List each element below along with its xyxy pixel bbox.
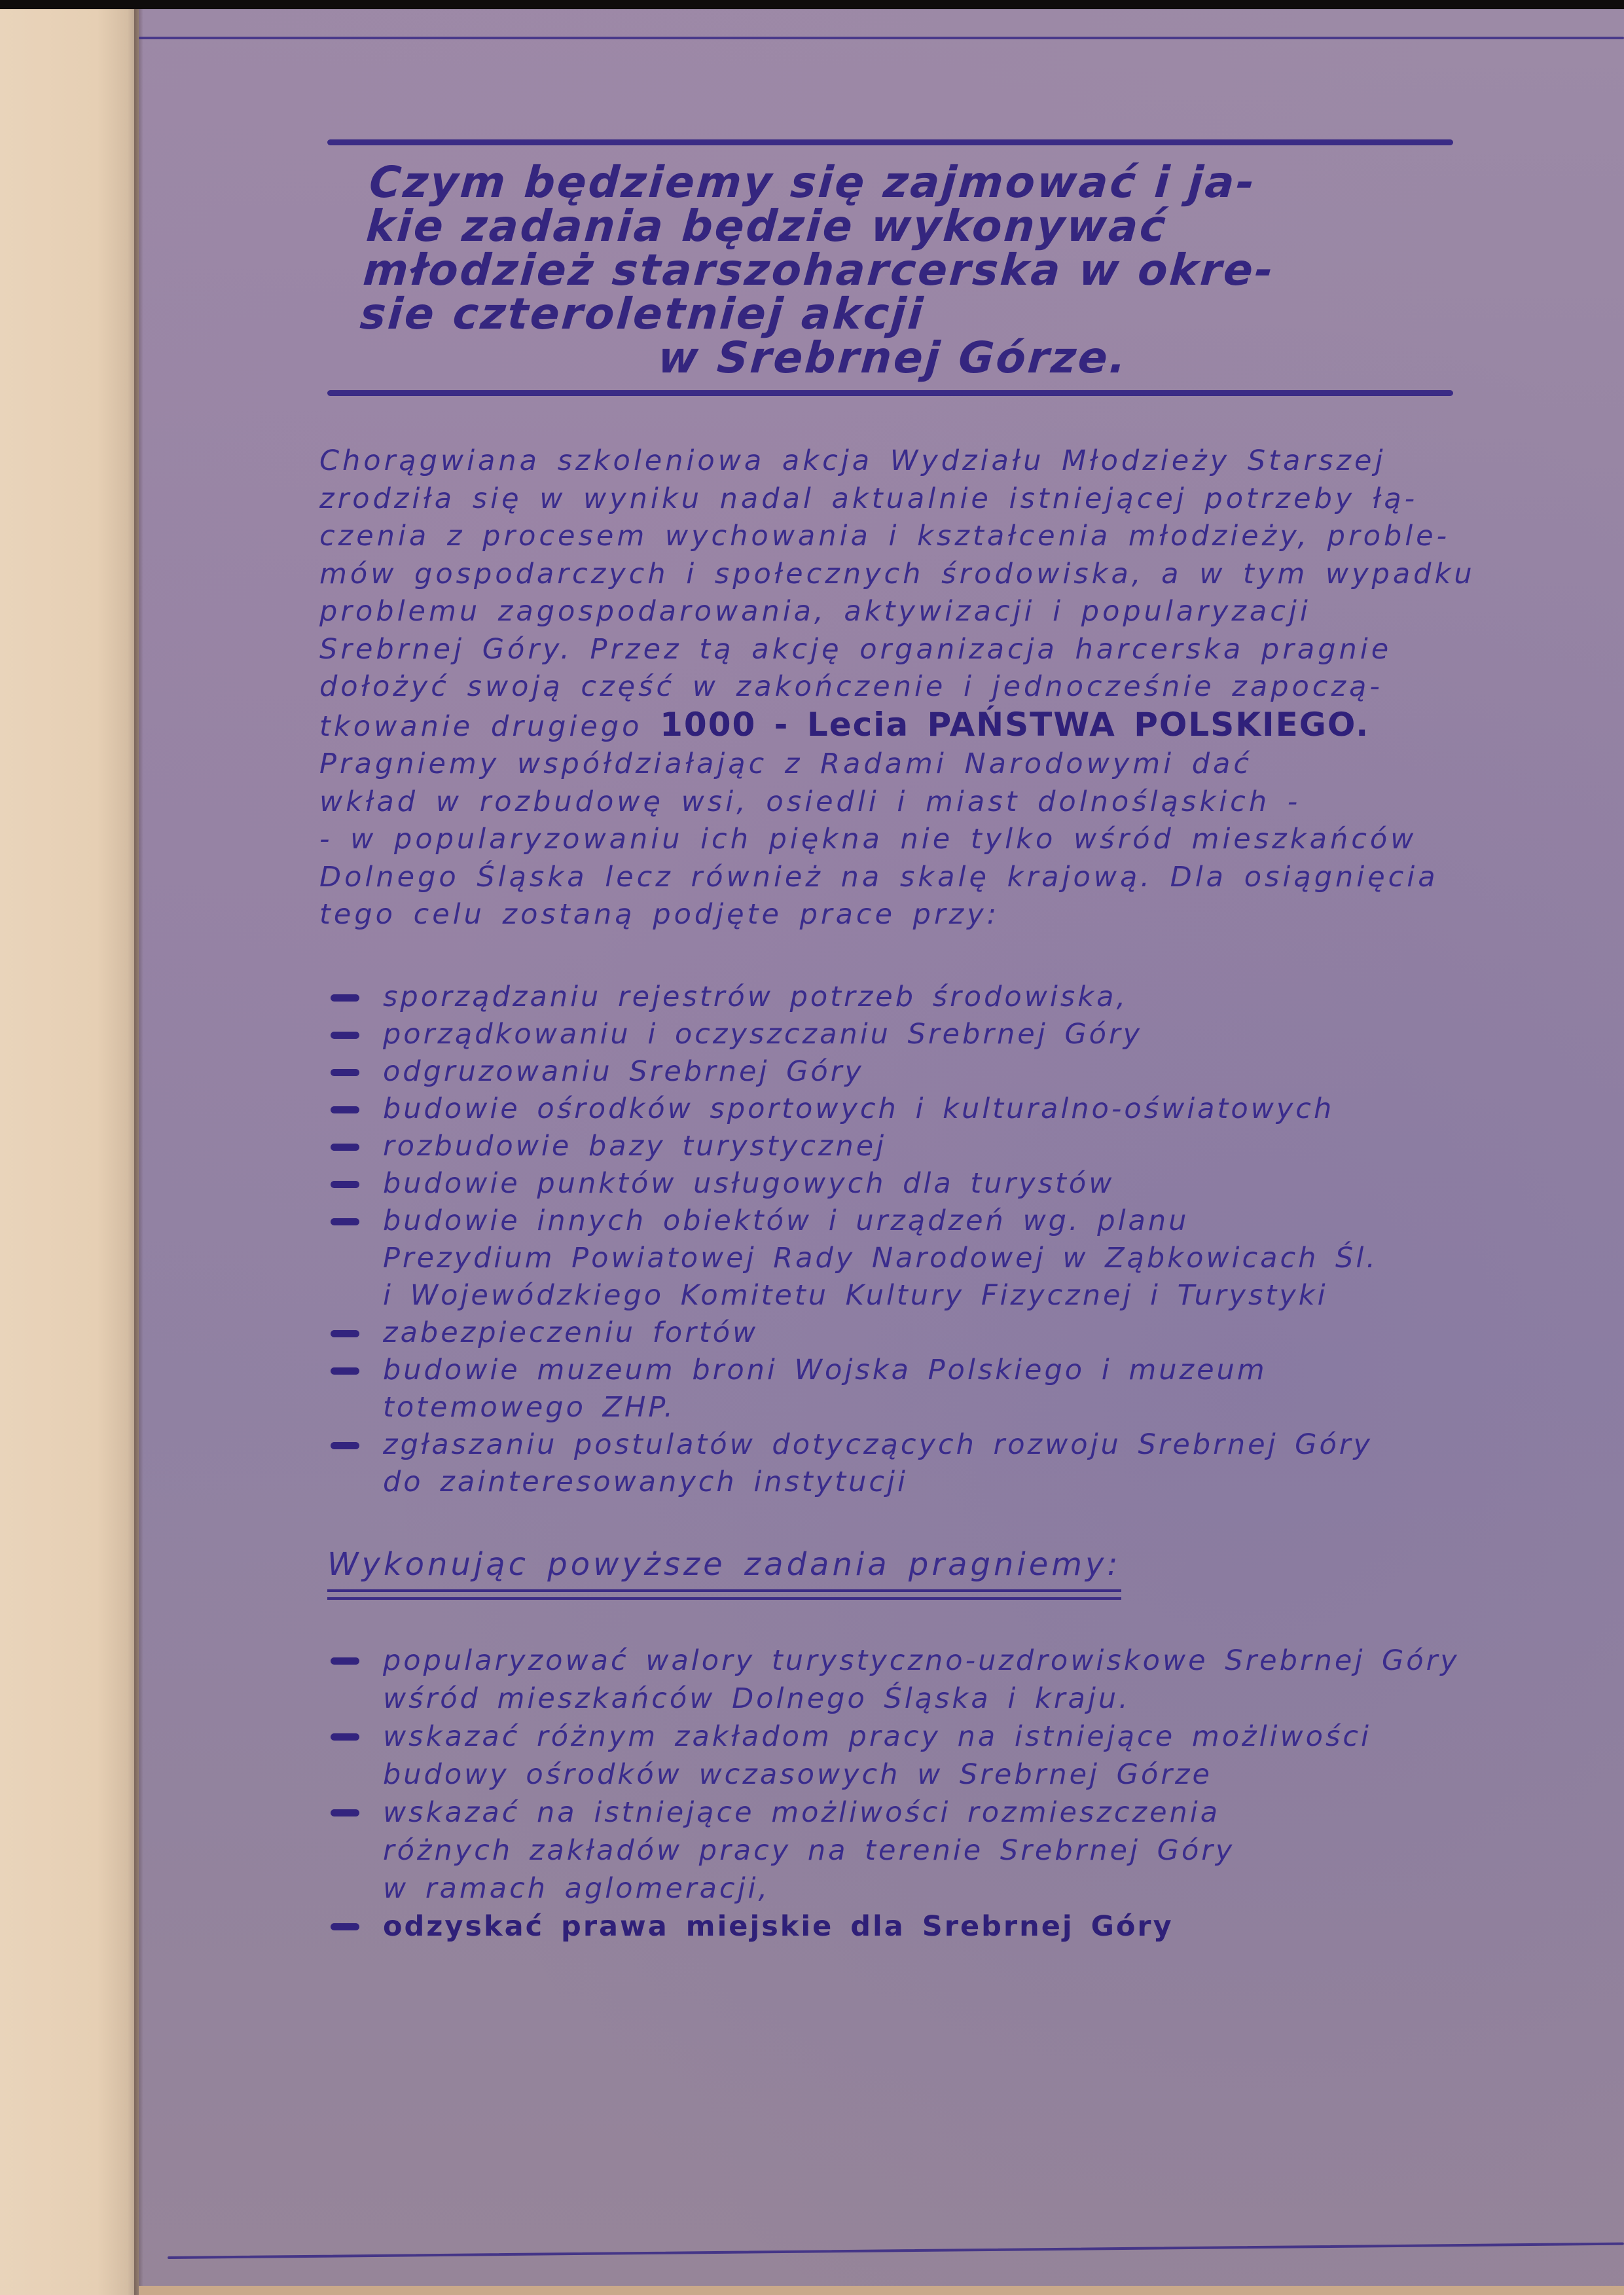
list-item: wskazać różnym zakładom pracy na istniej…: [331, 1718, 1574, 1794]
dash-bullet-icon: [331, 1809, 359, 1816]
list-item: budowie innych obiektów i urządzeń wg. p…: [331, 1202, 1574, 1314]
millennium-emphasis: 1000 - Lecia PAŃSTWA POLSKIEGO.: [660, 706, 1369, 744]
dash-bullet-icon: [331, 1106, 359, 1113]
facing-page: [0, 9, 139, 2295]
list-item-line: budowie innych obiektów i urządzeń wg. p…: [383, 1202, 1574, 1240]
dash-bullet-icon: [331, 1144, 359, 1151]
sheet-bottom-edge: [139, 2286, 1624, 2295]
paragraph-line-emphasis: tkowanie drugiego 1000 - Lecia PAŃSTWA P…: [319, 706, 1537, 746]
dash-bullet-icon: [331, 1923, 359, 1930]
title-line: kie zadania będzie wykonywać: [365, 204, 1481, 248]
list-item-line: budowie muzeum broni Wojska Polskiego i …: [383, 1352, 1574, 1389]
list-item-line: wśród mieszkańców Dolnego Śląska i kraju…: [383, 1680, 1574, 1718]
dash-bullet-icon: [331, 1218, 359, 1225]
dash-bullet-icon: [331, 1367, 359, 1375]
list-item: zgłaszaniu postulatów dotyczących rozwoj…: [331, 1426, 1574, 1501]
paragraph-line: problemu zagospodarowania, aktywizacji i…: [319, 593, 1537, 631]
tasks-list: sporządzaniu rejestrów potrzeb środowisk…: [331, 979, 1574, 1501]
list-item: popularyzować walory turystyczno-uzdrowi…: [331, 1642, 1574, 1718]
dash-bullet-icon: [331, 1733, 359, 1741]
list-item-line: wskazać na istniejące możliwości rozmies…: [383, 1794, 1574, 1832]
binding-gutter: [134, 9, 143, 2295]
emphasis-prefix: tkowanie drugiego: [319, 710, 660, 743]
paragraph-line: zrodziła się w wyniku nadal aktualnie is…: [319, 480, 1537, 518]
goals-list: popularyzować walory turystyczno-uzdrowi…: [331, 1642, 1574, 1945]
paragraph-line: Chorągwiana szkoleniowa akcja Wydziału M…: [319, 443, 1537, 480]
top-rule: [139, 37, 1624, 39]
list-item-line: zgłaszaniu postulatów dotyczących rozwoj…: [383, 1426, 1574, 1464]
title-line: Czym będziemy się zajmować i ja-: [368, 160, 1484, 204]
list-item-line: rozbudowie bazy turystycznej: [383, 1128, 1574, 1165]
paragraph-line: Pragniemy współdziałając z Radami Narodo…: [319, 746, 1537, 784]
paragraph-line: czenia z procesem wychowania i kształcen…: [319, 518, 1537, 556]
list-item-line: budowie ośrodków sportowych i kulturalno…: [383, 1091, 1574, 1128]
paragraph-line: - w popularyzowaniu ich piękna nie tylko…: [319, 821, 1537, 859]
title-line: sie czteroletniej akcji: [359, 292, 1475, 336]
dash-bullet-icon: [331, 1330, 359, 1337]
list-item-line: zabezpieczeniu fortów: [383, 1314, 1574, 1352]
list-item-line: odzyskać prawa miejskie dla Srebrnej Gór…: [383, 1907, 1574, 1945]
paragraph-line: mów gospodarczych i społecznych środowis…: [319, 556, 1537, 594]
goals-heading: Wykonując powyższe zadania pragniemy:: [327, 1546, 1121, 1592]
list-item-line: sporządzaniu rejestrów potrzeb środowisk…: [383, 979, 1574, 1016]
list-item-line: popularyzować walory turystyczno-uzdrowi…: [383, 1642, 1574, 1680]
list-item: wskazać na istniejące możliwości rozmies…: [331, 1794, 1574, 1907]
dash-bullet-icon: [331, 1032, 359, 1039]
paragraph-line: wkład w rozbudowę wsi, osiedli i miast d…: [319, 784, 1537, 822]
list-item: porządkowaniu i oczyszczaniu Srebrnej Gó…: [331, 1016, 1574, 1053]
list-item: sporządzaniu rejestrów potrzeb środowisk…: [331, 979, 1574, 1016]
list-item-line: budowie punktów usługowych dla turystów: [383, 1165, 1574, 1202]
list-item-line: totemowego ZHP.: [383, 1389, 1574, 1426]
list-item: zabezpieczeniu fortów: [331, 1314, 1574, 1352]
list-item: budowie ośrodków sportowych i kulturalno…: [331, 1091, 1574, 1128]
dash-bullet-icon: [331, 1657, 359, 1665]
paragraph-line: dołożyć swoją część w zakończenie i jedn…: [319, 668, 1537, 706]
paragraph-line: Srebrnej Góry. Przez tą akcję organizacj…: [319, 631, 1537, 669]
list-item-line: odgruzowaniu Srebrnej Góry: [383, 1053, 1574, 1091]
list-item-line: budowy ośrodków wczasowych w Srebrnej Gó…: [383, 1756, 1574, 1794]
dash-bullet-icon: [331, 1181, 359, 1188]
paragraph-line: Dolnego Śląska lecz również na skalę kra…: [319, 859, 1537, 897]
list-item: rozbudowie bazy turystycznej: [331, 1128, 1574, 1165]
list-item-line: Prezydium Powiatowej Rady Narodowej w Zą…: [383, 1240, 1574, 1277]
list-item-line: różnych zakładów pracy na terenie Srebrn…: [383, 1832, 1574, 1870]
title-line: w Srebrnej Górze.: [355, 336, 1471, 380]
title-rule-top: [327, 139, 1453, 145]
list-item: odzyskać prawa miejskie dla Srebrnej Gór…: [331, 1907, 1574, 1945]
list-item-line: porządkowaniu i oczyszczaniu Srebrnej Gó…: [383, 1016, 1574, 1053]
intro-paragraph: Chorągwiana szkoleniowa akcja Wydziału M…: [319, 443, 1537, 934]
list-item-line: w ramach aglomeracji,: [383, 1870, 1574, 1907]
dash-bullet-icon: [331, 994, 359, 1002]
dash-bullet-icon: [331, 1069, 359, 1076]
dash-bullet-icon: [331, 1442, 359, 1449]
document-title: Czym będziemy się zajmować i ja- kie zad…: [355, 160, 1483, 380]
list-item: budowie punktów usługowych dla turystów: [331, 1165, 1574, 1202]
list-item-line: do zainteresowanych instytucji: [383, 1464, 1574, 1501]
title-rule-bottom: [327, 390, 1453, 396]
list-item: odgruzowaniu Srebrnej Góry: [331, 1053, 1574, 1091]
list-item-line: wskazać różnym zakładom pracy na istniej…: [383, 1718, 1574, 1756]
paragraph-line: tego celu zostaną podjęte prace przy:: [319, 896, 1537, 934]
list-item-line: i Wojewódzkiego Komitetu Kultury Fizyczn…: [383, 1277, 1574, 1314]
title-line: młodzież starszoharcerska w okre-: [362, 248, 1478, 292]
list-item: budowie muzeum broni Wojska Polskiego i …: [331, 1352, 1574, 1426]
